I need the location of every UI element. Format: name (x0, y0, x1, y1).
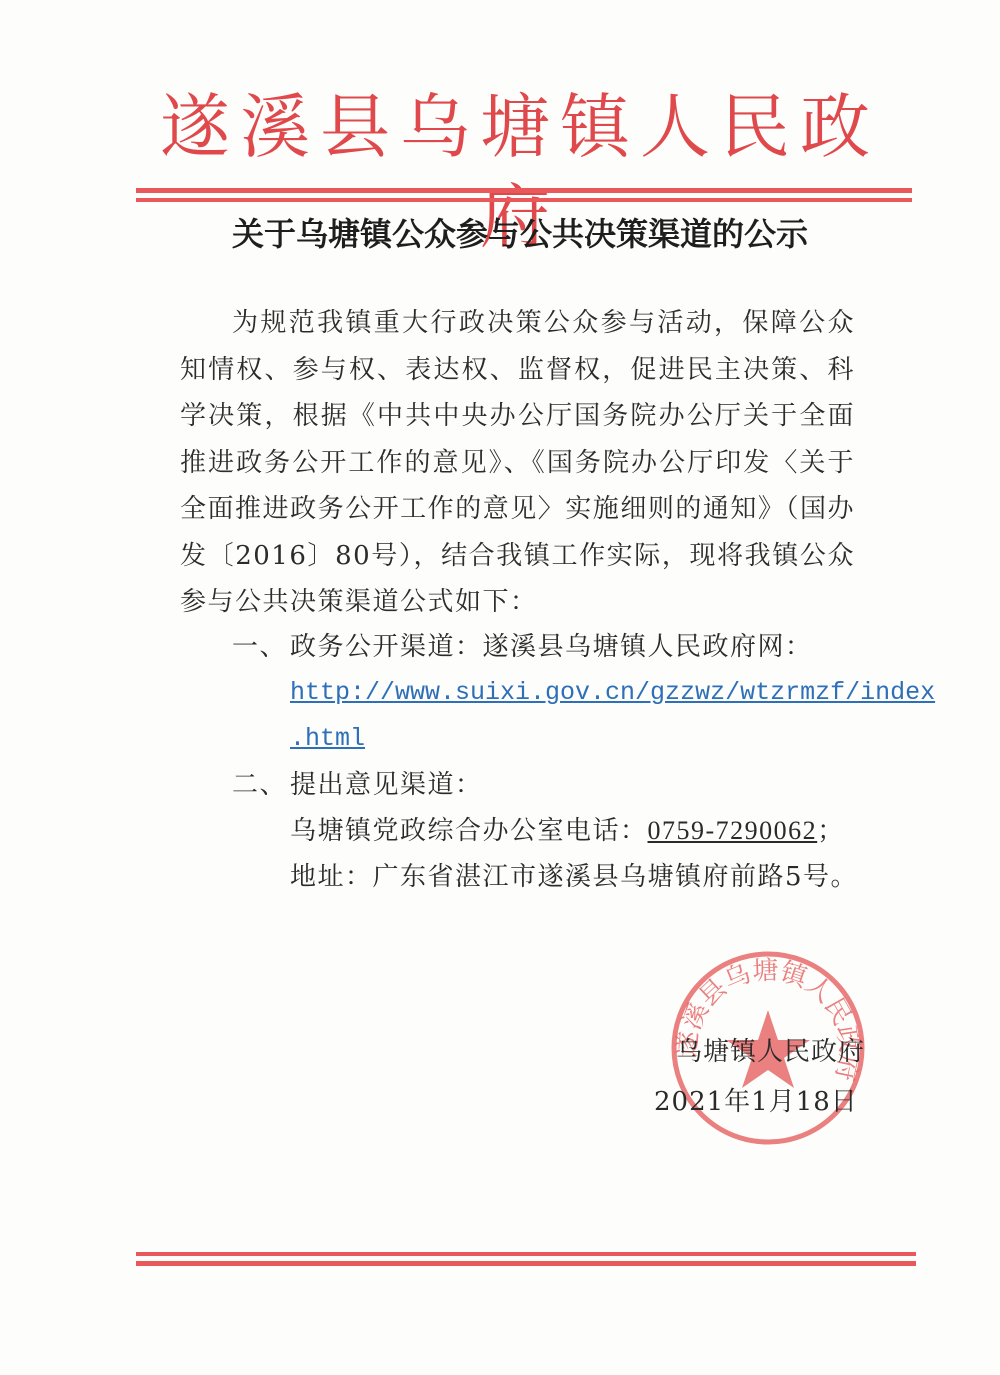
signature: 乌塘镇人民政府 (676, 1032, 865, 1072)
footer-rule-2 (136, 1261, 916, 1266)
phone-line: 乌塘镇党政综合办公室电话：0759-7290062； (290, 808, 845, 854)
date: 2021年1月18日 (654, 1082, 858, 1122)
item-1: 一、政务公开渠道：遂溪县乌塘镇人民政府网： (232, 624, 813, 670)
item-2: 二、提出意见渠道： (232, 762, 483, 808)
letterhead-rule-top-1 (136, 188, 912, 193)
footer-rule-1 (136, 1252, 916, 1256)
website-link-line-2[interactable]: .html (290, 716, 365, 762)
item-2-number: 二、 (232, 762, 290, 808)
phone-number[interactable]: 0759-7290062 (648, 816, 818, 845)
letterhead-rule-top-2 (136, 198, 912, 202)
website-link-line-1[interactable]: http://www.suixi.gov.cn/gzzwz/wtzrmzf/in… (290, 670, 935, 716)
item-1-label: 政务公开渠道：遂溪县乌塘镇人民政府网： (290, 632, 813, 662)
document-title: 关于乌塘镇公众参与公共决策渠道的公示 (140, 210, 900, 258)
phone-suffix: ； (817, 816, 845, 846)
intro-paragraph: 为规范我镇重大行政决策公众参与活动，保障公众知情权、参与权、表达权、监督权，促进… (180, 300, 855, 626)
item-1-number: 一、 (232, 624, 290, 670)
address-line: 地址：广东省湛江市遂溪县乌塘镇府前路5号。 (290, 854, 858, 900)
item-2-label: 提出意见渠道： (290, 770, 483, 800)
phone-label: 乌塘镇党政综合办公室电话： (290, 816, 648, 846)
